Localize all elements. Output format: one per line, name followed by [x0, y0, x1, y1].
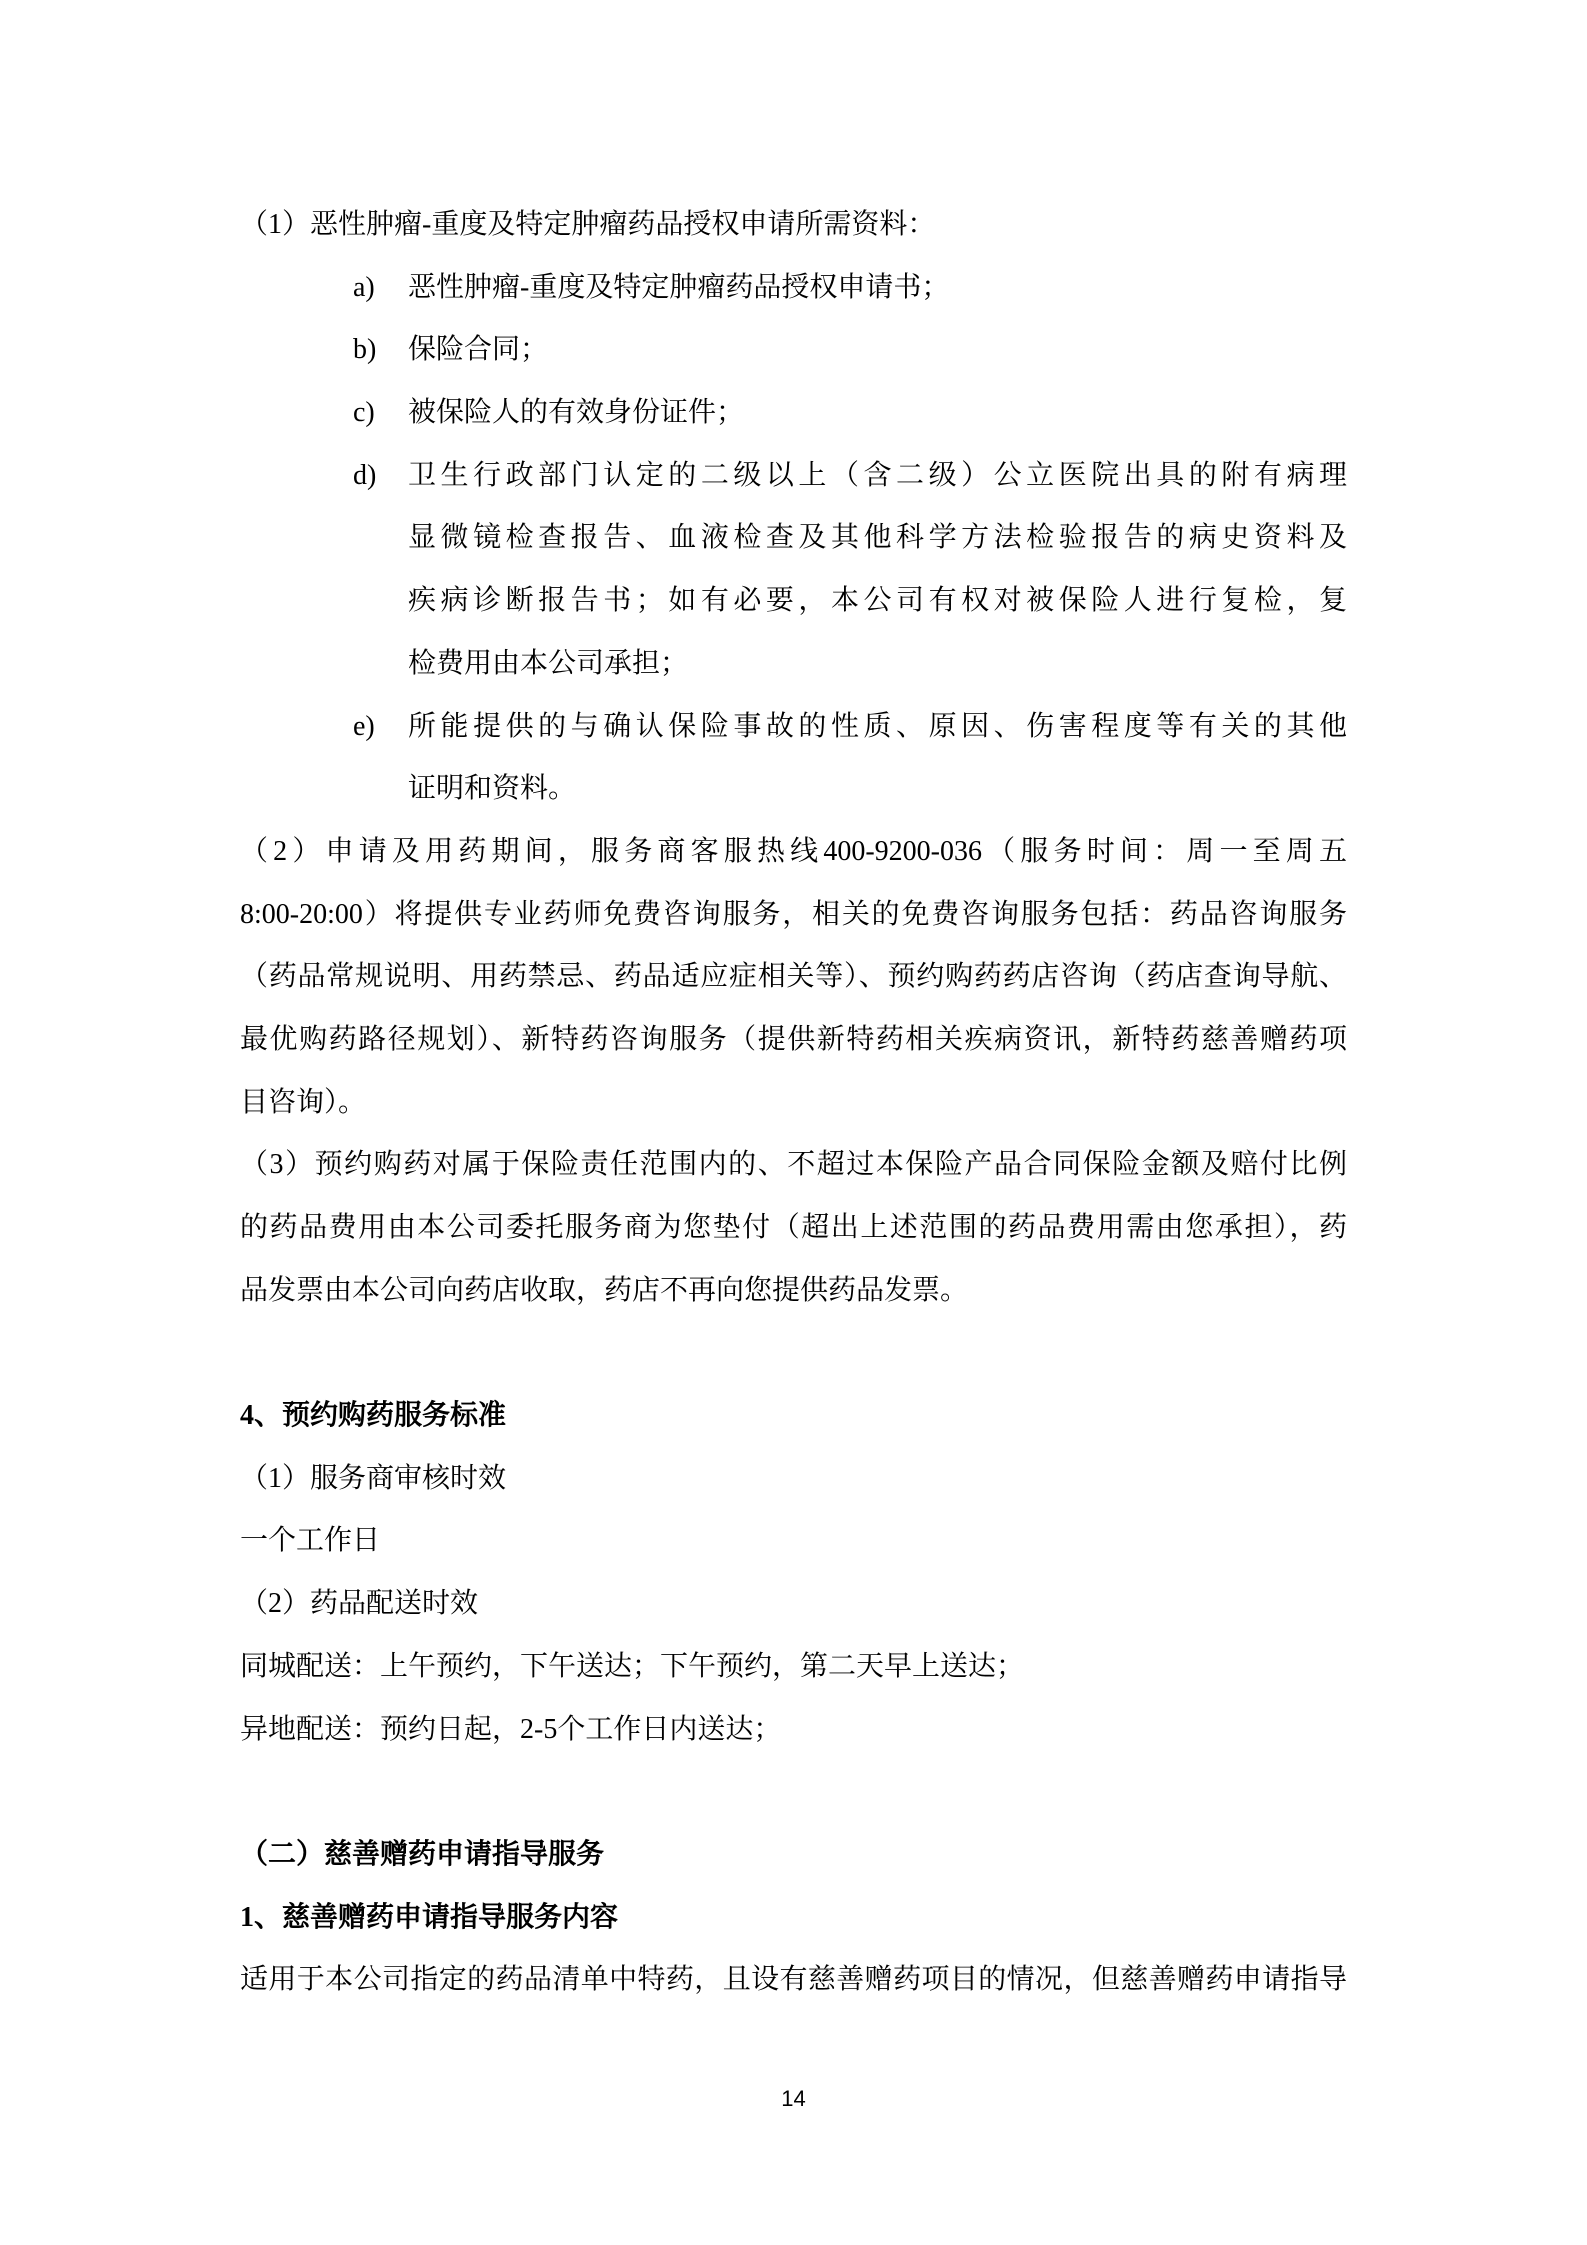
text-line: 品发票由本公司向药店收取，药店不再向您提供药品发票。 [240, 1260, 1347, 1323]
list-marker: e) [353, 696, 375, 759]
text-line: 异地配送：预约日起，2-5个工作日内送达； [240, 1699, 1347, 1762]
document-body: （1）恶性肿瘤-重度及特定肿瘤药品授权申请所需资料：a)恶性肿瘤-重度及特定肿瘤… [240, 194, 1347, 2012]
text-line: （药品常规说明、用药禁忌、药品适应症相关等）、预约购药药店咨询（药店查询导航、 [240, 946, 1347, 1009]
document-page: （1）恶性肿瘤-重度及特定肿瘤药品授权申请所需资料：a)恶性肿瘤-重度及特定肿瘤… [0, 0, 1587, 2245]
list-marker: c) [353, 382, 375, 445]
text-line: （3）预约购药对属于保险责任范围内的、不超过本保险产品合同保险金额及赔付比例 [240, 1134, 1347, 1197]
list-item-line: d)卫生行政部门认定的二级以上（含二级）公立医院出具的附有病理 [240, 445, 1347, 508]
list-marker: b) [353, 319, 376, 382]
blank-line [240, 1322, 1347, 1385]
text-line: 的药品费用由本公司委托服务商为您垫付（超出上述范围的药品费用需由您承担），药 [240, 1197, 1347, 1260]
list-item-line: a)恶性肿瘤-重度及特定肿瘤药品授权申请书； [240, 257, 1347, 320]
list-item-line: e)所能提供的与确认保险事故的性质、原因、伤害程度等有关的其他 [240, 696, 1347, 759]
text-line: （2）申请及用药期间，服务商客服热线400-9200-036（服务时间：周一至周… [240, 821, 1347, 884]
blank-line [240, 1761, 1347, 1824]
list-marker: a) [353, 257, 375, 320]
list-item-line: c)被保险人的有效身份证件； [240, 382, 1347, 445]
text-line: 最优购药路径规划）、新特药咨询服务（提供新特药相关疾病资讯，新特药慈善赠药项 [240, 1009, 1347, 1072]
heading-line: 4、预约购药服务标准 [240, 1385, 1347, 1448]
text-line: 目咨询）。 [240, 1072, 1347, 1135]
heading-line: 1、慈善赠药申请指导服务内容 [240, 1887, 1347, 1950]
list-item-line: 显微镜检查报告、血液检查及其他科学方法检验报告的病史资料及 [240, 507, 1347, 570]
text-line: （1）恶性肿瘤-重度及特定肿瘤药品授权申请所需资料： [240, 194, 1347, 257]
text-line: （1）服务商审核时效 [240, 1448, 1347, 1511]
text-line: 一个工作日 [240, 1510, 1347, 1573]
list-item-line: 检费用由本公司承担； [240, 633, 1347, 696]
text-line: 同城配送：上午预约，下午送达；下午预约，第二天早上送达； [240, 1636, 1347, 1699]
list-marker: d) [353, 445, 376, 508]
list-item-line: 疾病诊断报告书；如有必要，本公司有权对被保险人进行复检，复 [240, 570, 1347, 633]
text-line: 8:00-20:00）将提供专业药师免费咨询服务，相关的免费咨询服务包括：药品咨… [240, 884, 1347, 947]
list-item-line: 证明和资料。 [240, 758, 1347, 821]
list-item-line: b)保险合同； [240, 319, 1347, 382]
page-number: 14 [0, 2082, 1587, 2116]
text-line: 适用于本公司指定的药品清单中特药，且设有慈善赠药项目的情况，但慈善赠药申请指导 [240, 1949, 1347, 2012]
heading-line: （二）慈善赠药申请指导服务 [240, 1824, 1347, 1887]
text-line: （2）药品配送时效 [240, 1573, 1347, 1636]
